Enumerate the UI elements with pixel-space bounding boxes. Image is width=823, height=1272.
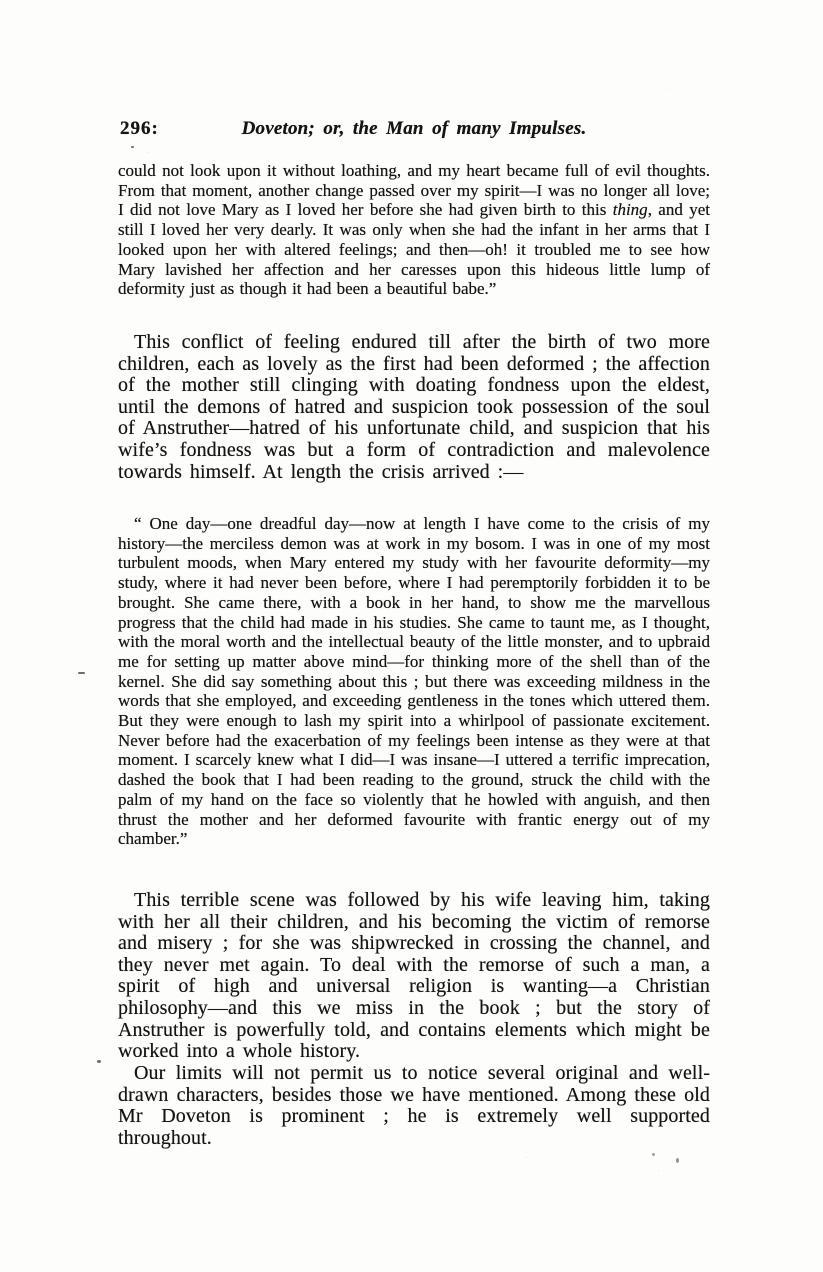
book-page: 296: Doveton; or, the Man of many Impuls… (0, 0, 823, 1272)
ink-speck (652, 1153, 655, 1156)
ink-speck (78, 672, 85, 674)
running-title: Doveton; or, the Man of many Impulses. (118, 118, 710, 140)
ink-speck (97, 1060, 101, 1063)
paragraph-narrative-2: This terrible scene was followed by his … (118, 890, 710, 1063)
italic-word-thing: thing (613, 200, 648, 219)
paragraph-quote-continuation: could not look upon it without loathing,… (118, 161, 710, 299)
running-head: 296: Doveton; or, the Man of many Impuls… (118, 118, 710, 142)
page-number: 296: (120, 118, 159, 140)
ink-speck (131, 146, 134, 148)
paragraph-block-quote: “ One day—one dreadful day—now at length… (118, 514, 710, 849)
paragraph-narrative-1: This conflict of feeling endured till af… (118, 332, 710, 483)
ink-speck (676, 1158, 679, 1163)
paragraph-narrative-3: Our limits will not permit us to notice … (118, 1063, 710, 1149)
